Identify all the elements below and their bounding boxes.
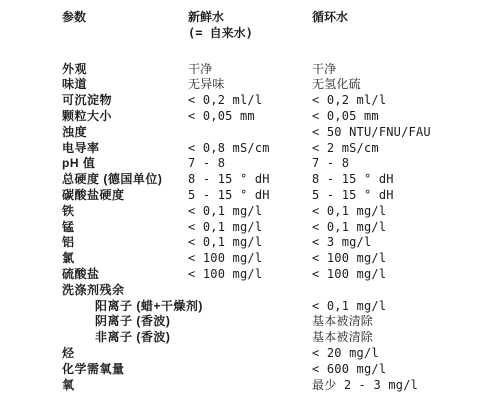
fresh-water-value: < 0,8 mS/cm — [188, 141, 312, 157]
recycled-water-value — [312, 283, 500, 299]
fresh-water-value: < 100 mg/l — [188, 267, 312, 283]
table-row: 铁< 0,1 mg/l< 0,1 mg/l — [62, 204, 500, 220]
param-label: 颗粒大小 — [62, 109, 188, 125]
param-label: 氯 — [62, 251, 188, 267]
table-row: 外观干净干净 — [62, 62, 500, 78]
recycled-water-value: < 3 mg/l — [312, 235, 500, 251]
param-label: 铝 — [62, 235, 188, 251]
param-label: 铁 — [62, 204, 188, 220]
param-label: 烃 — [62, 346, 188, 362]
water-quality-table: 参数 新鲜水 循环水 (= 自来水) 外观干净干净味道无异味无氢化硫可沉淀物< … — [0, 0, 500, 395]
recycled-water-value: < 20 mg/l — [312, 346, 500, 362]
recycled-water-value: 基本被清除 — [312, 314, 500, 330]
table-row: 铝< 0,1 mg/l< 3 mg/l — [62, 235, 500, 251]
fresh-water-value — [188, 378, 312, 394]
recycled-water-value: 最少 2 - 3 mg/l — [312, 378, 500, 394]
table-row: 化学需氧量< 600 mg/l — [62, 362, 500, 378]
recycled-water-value: 8 - 15 ° dH — [312, 172, 500, 188]
table-header-row: 参数 新鲜水 循环水 — [62, 10, 500, 26]
recycled-water-value: 5 - 15 ° dH — [312, 188, 500, 204]
table-row: 非离子 (香波)基本被清除 — [62, 330, 500, 346]
fresh-water-value — [188, 346, 312, 362]
param-label: 味道 — [62, 77, 188, 93]
table-header-subtitle-row: (= 自来水) — [62, 26, 500, 42]
recycled-water-value: < 100 mg/l — [312, 267, 500, 283]
fresh-water-value: < 100 mg/l — [188, 251, 312, 267]
table-body: 外观干净干净味道无异味无氢化硫可沉淀物< 0,2 ml/l< 0,2 ml/l颗… — [62, 62, 500, 394]
recycled-water-value: < 2 mS/cm — [312, 141, 500, 157]
table-row: pH 值7 - 87 - 8 — [62, 156, 500, 172]
fresh-water-value: 8 - 15 ° dH — [188, 172, 312, 188]
fresh-water-value — [188, 330, 312, 346]
recycled-water-value: < 0,1 mg/l — [312, 220, 500, 236]
fresh-water-value: < 0,05 mm — [188, 109, 312, 125]
param-label: 外观 — [62, 62, 188, 78]
param-label: 硫酸盐 — [62, 267, 188, 283]
param-label: 阳离子 (蜡+干燥剂) — [62, 299, 188, 315]
fresh-water-value: < 0,1 mg/l — [188, 220, 312, 236]
recycled-water-value: 7 - 8 — [312, 156, 500, 172]
recycled-water-value: < 50 NTU/FNU/FAU — [312, 125, 500, 141]
fresh-water-value: < 0,2 ml/l — [188, 93, 312, 109]
fresh-water-value — [188, 299, 312, 315]
fresh-water-value: 无异味 — [188, 77, 312, 93]
column-header-recycled-water: 循环水 — [312, 10, 500, 26]
recycled-water-value: 无氢化硫 — [312, 77, 500, 93]
table-row: 总硬度 (德国单位)8 - 15 ° dH8 - 15 ° dH — [62, 172, 500, 188]
recycled-water-value: < 100 mg/l — [312, 251, 500, 267]
recycled-water-value: < 600 mg/l — [312, 362, 500, 378]
table-row: 电导率< 0,8 mS/cm< 2 mS/cm — [62, 141, 500, 157]
fresh-water-value — [188, 314, 312, 330]
param-label: 阴离子 (香波) — [62, 314, 188, 330]
param-label: 洗涤剂残余 — [62, 283, 188, 299]
recycled-water-value: < 0,1 mg/l — [312, 299, 500, 315]
recycled-water-value: < 0,2 ml/l — [312, 93, 500, 109]
table-row: 颗粒大小< 0,05 mm< 0,05 mm — [62, 109, 500, 125]
param-label: 可沉淀物 — [62, 93, 188, 109]
table-row: 阳离子 (蜡+干燥剂)< 0,1 mg/l — [62, 299, 500, 315]
column-header-parameter: 参数 — [62, 10, 188, 26]
table-row: 硫酸盐< 100 mg/l< 100 mg/l — [62, 267, 500, 283]
recycled-water-value: 基本被清除 — [312, 330, 500, 346]
fresh-water-value — [188, 283, 312, 299]
fresh-water-value: 5 - 15 ° dH — [188, 188, 312, 204]
table-row: 氯< 100 mg/l< 100 mg/l — [62, 251, 500, 267]
table-row: 洗涤剂残余 — [62, 283, 500, 299]
table-row: 浊度< 50 NTU/FNU/FAU — [62, 125, 500, 141]
table-row: 可沉淀物< 0,2 ml/l< 0,2 ml/l — [62, 93, 500, 109]
table-row: 碳酸盐硬度5 - 15 ° dH5 - 15 ° dH — [62, 188, 500, 204]
fresh-water-value — [188, 362, 312, 378]
recycled-water-value: 干净 — [312, 62, 500, 78]
param-label: 化学需氧量 — [62, 362, 188, 378]
fresh-water-value: < 0,1 mg/l — [188, 235, 312, 251]
table-row: 烃< 20 mg/l — [62, 346, 500, 362]
table-row: 氧最少 2 - 3 mg/l — [62, 378, 500, 394]
param-label: 氧 — [62, 378, 188, 394]
param-label: 总硬度 (德国单位) — [62, 172, 188, 188]
param-label: 浊度 — [62, 125, 188, 141]
fresh-water-value: 7 - 8 — [188, 156, 312, 172]
param-label: 电导率 — [62, 141, 188, 157]
fresh-water-value: 干净 — [188, 62, 312, 78]
fresh-water-value — [188, 125, 312, 141]
recycled-water-value: < 0,1 mg/l — [312, 204, 500, 220]
recycled-water-value: < 0,05 mm — [312, 109, 500, 125]
fresh-water-subtitle: (= 自来水) — [188, 26, 312, 42]
fresh-water-value: < 0,1 mg/l — [188, 204, 312, 220]
table-row: 阴离子 (香波)基本被清除 — [62, 314, 500, 330]
param-label: 锰 — [62, 220, 188, 236]
column-header-fresh-water: 新鲜水 — [188, 10, 312, 26]
table-row: 味道无异味无氢化硫 — [62, 77, 500, 93]
param-label: 非离子 (香波) — [62, 330, 188, 346]
header-body-spacer — [62, 42, 500, 62]
param-label: 碳酸盐硬度 — [62, 188, 188, 204]
table-row: 锰< 0,1 mg/l< 0,1 mg/l — [62, 220, 500, 236]
param-label: pH 值 — [62, 156, 188, 172]
